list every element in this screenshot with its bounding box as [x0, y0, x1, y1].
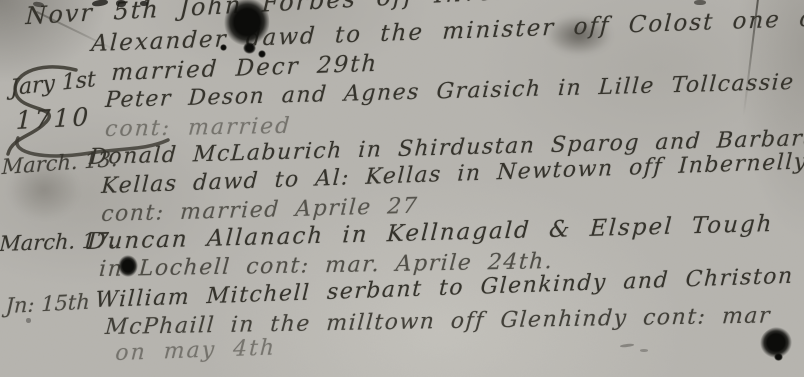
ink-droplet [774, 353, 783, 361]
margin-year-1710: 1710 [15, 102, 91, 135]
manuscript-line-faded: on may 4th [115, 335, 277, 366]
stray-ink-mark [640, 349, 648, 352]
stray-ink-mark [620, 343, 634, 347]
margin-date-june-15: Jn: 15th [5, 290, 90, 318]
cut-off-ink-mark [116, 0, 126, 7]
stray-ink-mark [26, 318, 31, 323]
ink-smudge-left-margin [8, 160, 80, 220]
manuscript-line-faded: cont: married [104, 114, 292, 142]
cut-off-ink-mark [140, 1, 148, 6]
ink-droplet [220, 44, 227, 51]
manuscript-line: married Decr 29th [111, 51, 379, 86]
register-page-scan: Jary 1st 1710 March. 13. March. 17. Jn: … [0, 0, 804, 377]
ink-droplet [258, 50, 266, 58]
cut-off-ink-mark [694, 0, 706, 5]
ink-smudge-over-colost [546, 15, 612, 55]
ink-droplet [243, 42, 256, 54]
